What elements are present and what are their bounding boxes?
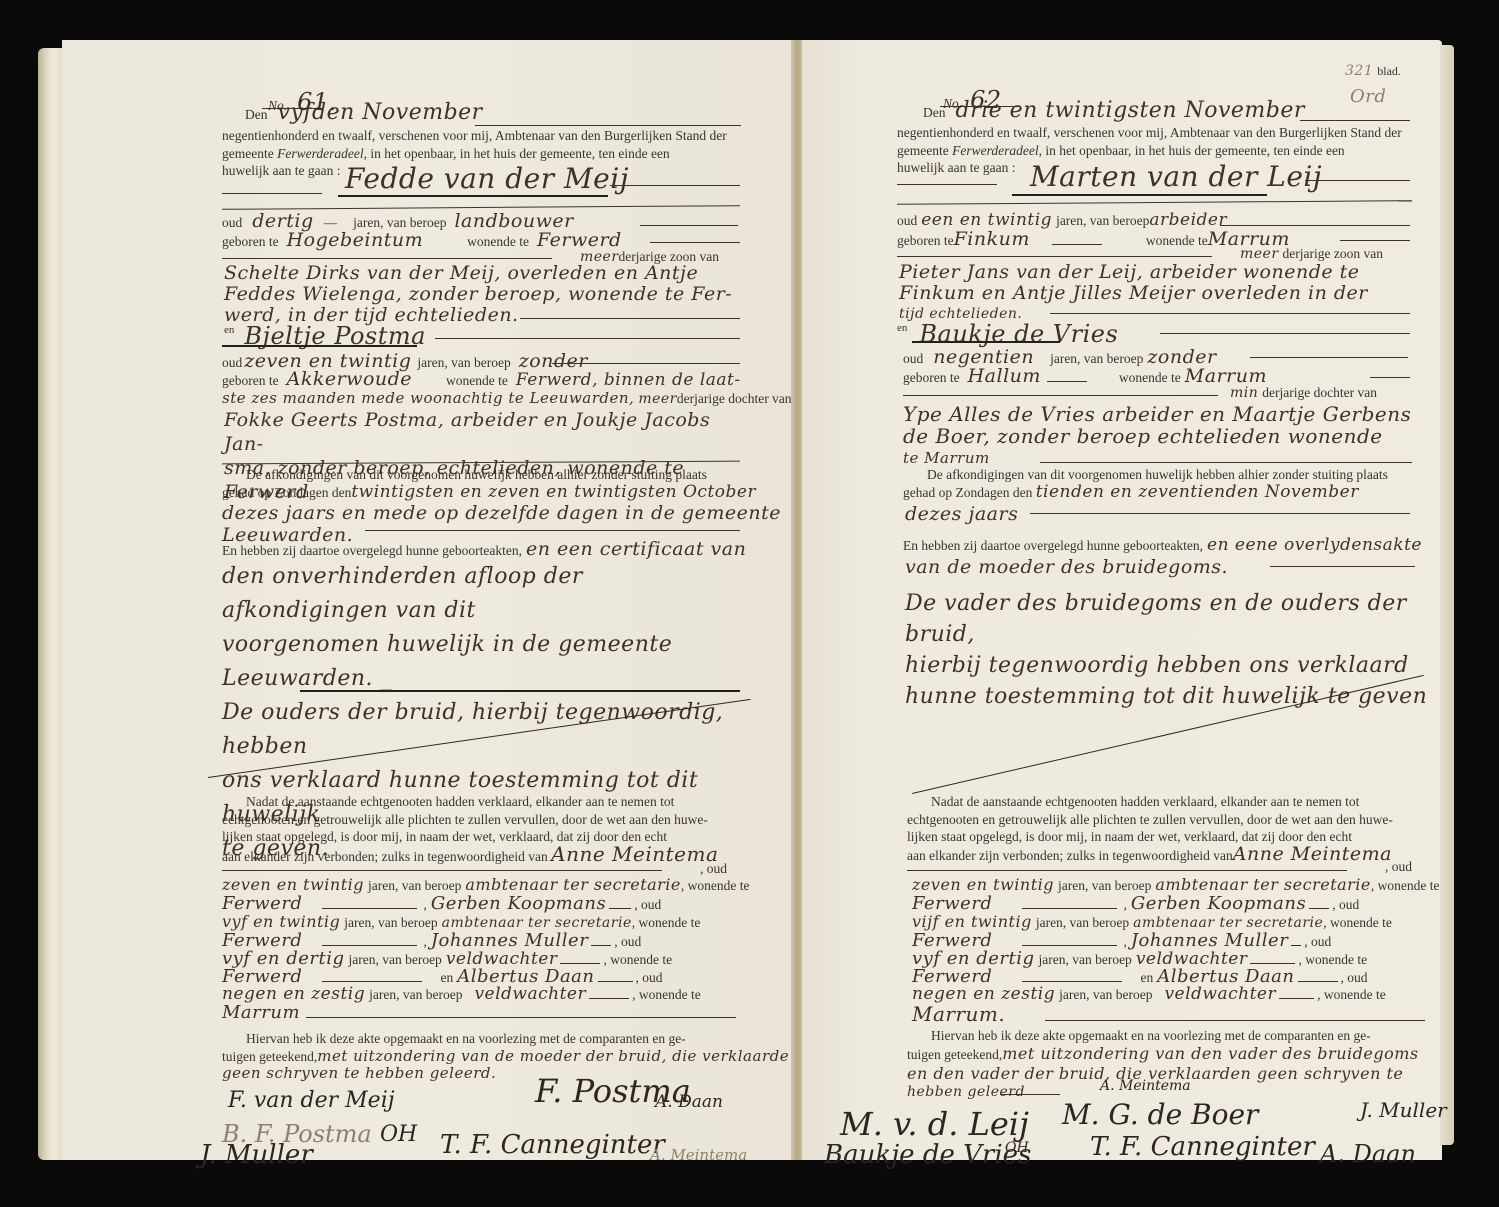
signature: F. van der Meij (228, 1088, 395, 1113)
declaration: Nadat de aanstaande echtgenooten hadden … (907, 793, 1417, 864)
witness-1: zeven en twintig jaren, van beroep ambte… (222, 875, 750, 895)
signature: J. Muller (200, 1140, 313, 1170)
record-date: Den vyfden November (245, 100, 483, 125)
witness-4: negen en zestig jaren, van beroep veldwa… (222, 984, 701, 1004)
signature: A. Daan (655, 1092, 723, 1112)
declaration: Nadat de aanstaande echtgenooten hadden … (222, 793, 740, 865)
bride-name: Baukje de Vries (919, 320, 1118, 348)
bride-birth-residence: geboren te Hallum wonende te Marrum (903, 365, 1267, 387)
date-value: vyfden November (278, 100, 483, 125)
signature: M. G. de Boer (1062, 1098, 1258, 1131)
proclamations-cont: dezes jaars (905, 503, 1018, 525)
groom-age-occupation: oud een en twintig jaren, van beroeparbe… (897, 210, 1227, 230)
bride-birth-residence: geboren te Akkerwoude wonende te Ferwerd… (222, 368, 741, 390)
signature: J. Muller (1360, 1098, 1447, 1122)
witness-2: vijf en twintig jaren, van beroep ambten… (912, 912, 1392, 932)
right-page-edges (1440, 45, 1454, 1145)
signature: A. Meintema (650, 1146, 747, 1164)
witness-4: negen en zestig jaren, van beroep veldwa… (912, 984, 1386, 1004)
record-date: Den drie en twintigsten November (923, 98, 1305, 123)
signature: Baukje de Vries (824, 1140, 1031, 1170)
signature: M. v. d. Leij (840, 1105, 1029, 1143)
signature: T. F. Canneginter (1090, 1132, 1315, 1162)
documents: En hebben zij daartoe overgelegd hunne g… (222, 538, 746, 560)
proclamations: De afkondigingen van dit voorgenomen huw… (222, 466, 740, 501)
documents: En hebben zij daartoe overgelegd hunne g… (903, 535, 1422, 555)
groom-name: Marten van der Leij (1030, 160, 1322, 193)
stamp-mark: Ord (1350, 86, 1386, 107)
groom-parents: Schelte Dirks van der Meij, overleden en… (224, 263, 744, 326)
bride-residence-2: ste zes maanden mede woonachtig te Leeuw… (222, 389, 792, 408)
date-value: drie en twintigsten November (956, 98, 1305, 123)
signature: A. Meintema (1100, 1078, 1191, 1094)
groom-birth-residence: geboren teFinkum wonende teMarrum (897, 228, 1290, 250)
bride-majority: min derjarige dochter van (1230, 384, 1377, 402)
consent: De vader des bruidegoms en de ouders der… (905, 588, 1435, 712)
bride-parents: Ype Alles de Vries arbeider en Maartje G… (903, 403, 1423, 469)
bride-name-row: en Baukje de Vries (897, 320, 1118, 348)
groom-name: Fedde van der Meij (345, 162, 629, 195)
signature: A. Daan (1320, 1140, 1416, 1168)
page-number: 321 blad. (1345, 62, 1401, 81)
left-page-edges (38, 48, 64, 1160)
witness-2: vyf en twintig jaren, van beroep ambtena… (222, 912, 700, 932)
closing: Hiervan heb ik deze akte opgemaakt en na… (907, 1027, 1417, 1063)
signature: OH (380, 1122, 417, 1147)
proclamations: De afkondigingen van dit voorgenomen huw… (903, 466, 1413, 501)
groom-birth-residence: geboren te Hogebeintum wonende te Ferwer… (222, 229, 622, 251)
signature: OH (1005, 1140, 1029, 1156)
signature: T. F. Canneginter (440, 1130, 665, 1160)
groom-parents: Pieter Jans van der Leij, arbeider wonen… (899, 262, 1419, 325)
witness-1: zeven en twintig jaren, van beroep ambte… (912, 875, 1440, 895)
